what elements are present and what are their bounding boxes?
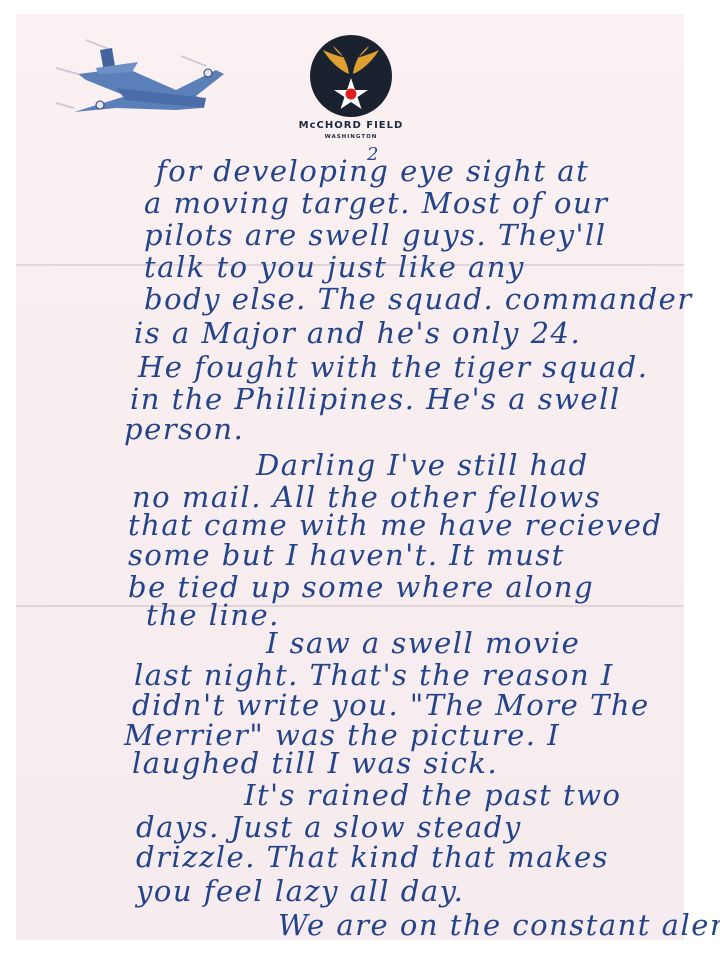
letter-line: last night. That's the reason I (134, 658, 614, 692)
letter-line: you feel lazy all day. (136, 874, 464, 908)
letter-line: in the Phillipines. He's a swell (130, 382, 621, 416)
letter-line: It's rained the past two (244, 778, 622, 812)
letter-line: person. (124, 412, 244, 446)
handwritten-letter-body: for developing eye sight at a moving tar… (16, 14, 684, 940)
letter-line: for developing eye sight at (156, 154, 589, 188)
letter-line: drizzle. That kind that makes (136, 840, 609, 874)
letter-paper: McCHORD FIELD WASHINGTON 2 for developin… (16, 14, 684, 940)
letter-line: that came with me have recieved (128, 508, 662, 542)
letter-line: Darling I've still had (256, 448, 589, 482)
letter-line: pilots are swell guys. They'll (144, 218, 607, 252)
letter-line: talk to you just like any (144, 250, 525, 284)
letter-line: We are on the constant alert (278, 908, 720, 942)
letter-line: days. Just a slow steady (136, 810, 522, 844)
letter-line: some but I haven't. It must (128, 538, 565, 572)
letter-line: I saw a swell movie (266, 626, 580, 660)
letter-line: didn't write you. "The More The (132, 688, 650, 722)
letter-line: a moving target. Most of our (144, 186, 609, 220)
letter-line: He fought with the tiger squad. (138, 350, 648, 384)
letter-line: body else. The squad. commander (144, 282, 693, 316)
letter-line: is a Major and he's only 24. (134, 316, 581, 350)
letter-line: the line. (146, 598, 280, 632)
letter-line: laughed till I was sick. (132, 746, 498, 780)
